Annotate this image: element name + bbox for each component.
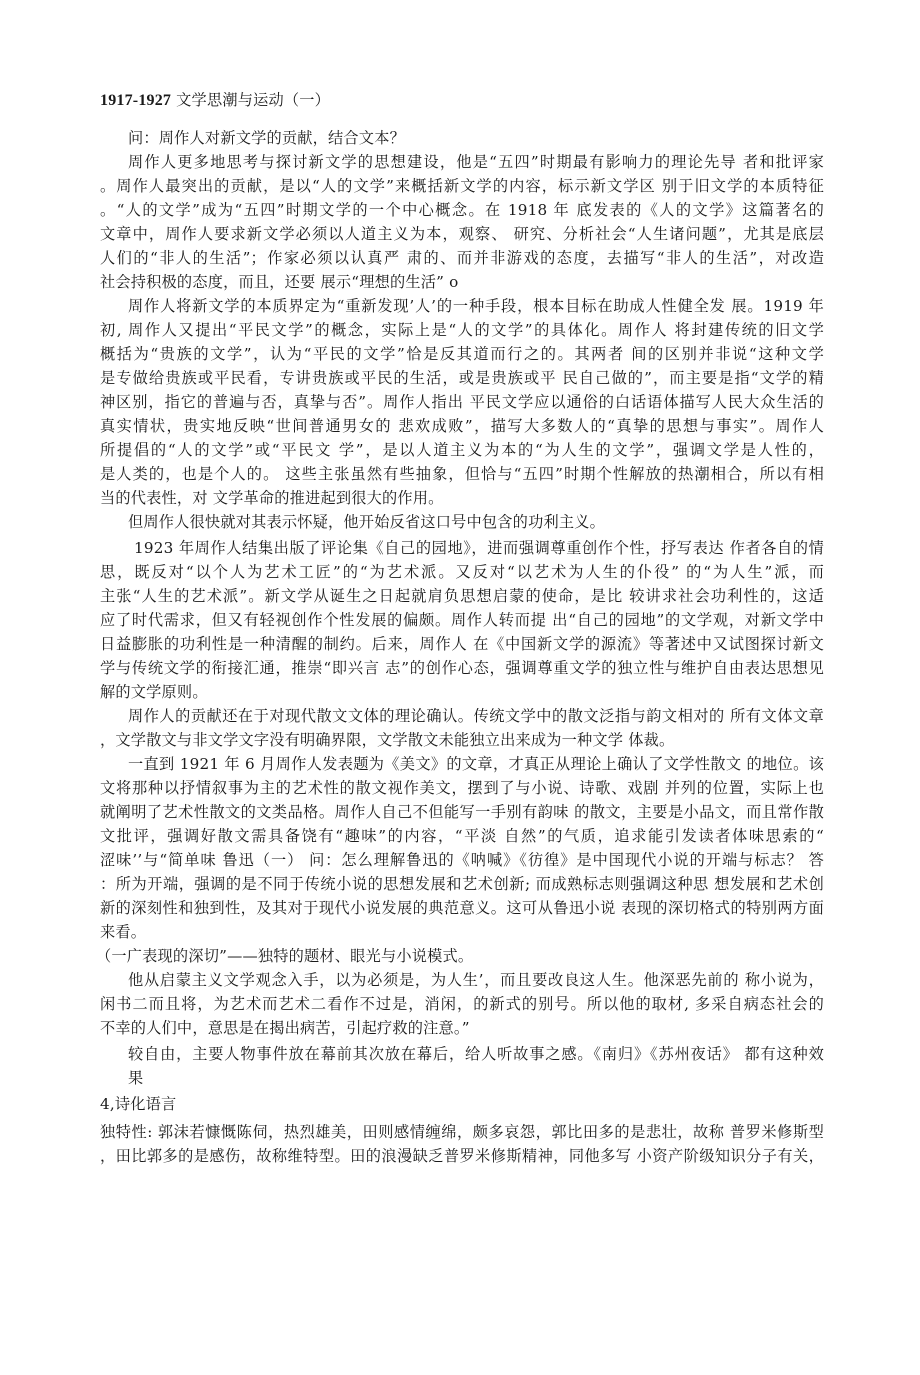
paragraph-line: 1923 年周作人结集出版了评论集《自己的园地》，进而强调尊重创作个性，抒写表达… [134,538,824,558]
paragraph-line: 问：周作人对新文学的贡献，结合文本？ [128,128,824,148]
paragraph-line: 人们的“非人的生活”；作家必须以认真严 肃的、而并非游戏的态度，去描写“非人的生… [100,248,824,268]
paragraph-line: 就阐明了艺术性散文的文类品格。周作人自己不但能写一手别有韵味 的散文，主要是小品… [100,802,824,822]
paragraph-line: 周作人将新文学的本质界定为“重新发现’人’的一种手段，根本目标在助成人性健全发 … [128,296,824,316]
paragraph-line: 是专做给贵族或平民看，专讲贵族或平民的生活，或是贵族或平 民自己做的”，而主要是… [100,368,824,388]
paragraph-line: （一广表现的深切”——独特的题材、眼光与小说模式。 [96,946,820,966]
paragraph-line: 不幸的人们中，意思是在揭出病苦，引起疗救的注意。” [100,1018,824,1038]
paragraph-line: 所提倡的“人的文学”或“平民文 学”，是以人道主义为本的“为人生的文学”，强调文… [100,440,824,460]
paragraph-line: 来看。 [100,922,824,942]
paragraph-line: 涩味’’与“简单味 鲁迅（一） 问：怎么理解鲁迅的《呐喊》《彷徨》是中国现代小说… [100,850,824,870]
paragraph-line: 应了时代需求，但又有轻视创作个性发展的偏颇。周作人转而提 出“自己的园地”的文学… [100,610,824,630]
paragraph-line: 一直到 1921 年 6 月周作人发表题为《美文》的文章，才真正从理论上确认了文… [128,754,824,774]
paragraph-line: 初, 周作人又提出“平民文学”的概念，实际上是“人的文学”的具体化。周作人 将封… [100,320,824,340]
paragraph-line: 独特性: 郭沫若慷慨陈伺，热烈雄美，田则感情缠绵，颇多哀怨，郭比田多的是悲壮，故… [100,1122,824,1142]
paragraph-line: ：所为开端，强调的是不同于传统小说的思想发展和艺术创新; 而成熟标志则强调这种思… [100,874,824,894]
paragraph-line: 文章中，周作人要求新文学必须以人道主义为本，观察、 研究、分析社会“人生诸问题”… [100,224,824,244]
paragraph-line: 神区别，指它的普遍与否，真挚与否”。周作人指出 平民文学应以通俗的白话语体描写人… [100,392,824,412]
paragraph-line: 周作人更多地思考与探讨新文学的思想建设，他是“五四”时期最有影响力的理论先导 者… [128,152,824,172]
paragraph-line: 真实情状，贵实地反映“世间普通男女的 悲欢成败”，描写大多数人的“真挚的思想与事… [100,416,824,436]
paragraph-line: 当的代表性，对 文学革命的推进起到很大的作用。 [100,488,824,508]
paragraph-line: ，田比郭多的是感伤，故称维特型。田的浪漫缺乏普罗米修斯精神，同他多写 小资产阶级… [100,1146,824,1166]
paragraph-line: 4,诗化语言 [100,1094,824,1114]
paragraph-line: 。周作人最突出的贡献，是以“人的文学”来概括新文学的内容，标示新文学区 别于旧文… [100,176,824,196]
paragraph-line: 文将那种以抒情叙事为主的艺术性的散文视作美文，摆到了与小说、诗歌、戏剧 并列的位… [100,778,824,798]
paragraph-line: 。“人的文学”成为“五四”时期文学的一个中心概念。在 1918 年 底发表的《人… [100,200,824,220]
paragraph-line: 解的文学原则。 [100,682,824,702]
paragraph-line: 文批评，强调好散文需具备饶有“趣味”的内容，“平淡 自然”的气质，追求能引发读者… [100,826,824,846]
title-year-range: 1917-1927 [100,92,171,109]
paragraph-line: 主张“人生的艺术派”。新文学从诞生之日起就肩负思想启蒙的使命，是比 较讲求社会功… [100,586,824,606]
document-page: 1917-1927 文学思潮与运动（一） 问：周作人对新文学的贡献，结合文本？周… [0,0,920,1375]
title-text: 文学思潮与运动（一） [171,91,330,109]
paragraph-line: ，文学散文与非文学文字没有明确界限，文学散文未能独立出来成为一种文学 体裁。 [100,730,824,750]
paragraph-line: 周作人的贡献还在于对现代散文文体的理论确认。传统文学中的散文泛指与韵文相对的 所… [128,706,824,726]
paragraph-line: 社会持积极的态度，而且，还要 展示“理想的生活” o [100,272,824,292]
paragraph-line: 概括为“贵族的文学”，认为“平民的文学”恰是反其道而行之的。其两者 间的区别并非… [100,344,824,364]
paragraph-line: 闲书二而且将，为艺术而艺术二看作不过是，消闲，的新式的别号。所以他的取材, 多采… [100,994,824,1014]
paragraph-line: 思，既反对“以个人为艺术工匠”的“为艺术派。又反对“以艺术为人生的仆役” 的“为… [100,562,824,582]
document-title: 1917-1927 文学思潮与运动（一） [100,90,824,111]
paragraph-line: 学与传统文学的衔接汇通，推崇“即兴言 志”的创作心态，强调尊重文学的独立性与维护… [100,658,824,678]
paragraph-line: 果 [128,1068,824,1088]
paragraph-line: 日益膨胀的功利性是一种清醒的制约。后来，周作人 在《中国新文学的源流》等著述中又… [100,634,824,654]
paragraph-line: 他从启蒙主义文学观念入手，以为必须是，为人生’，而且要改良这人生。他深恶先前的 … [128,970,824,990]
paragraph-line: 但周作人很快就对其表示怀疑，他开始反省这口号中包含的功利主义。 [128,512,824,532]
paragraph-line: 新的深刻性和独到性，及其对于现代小说发展的典范意义。这可从鲁迅小说 表现的深切格… [100,898,824,918]
paragraph-line: 是人类的，也是个人的。 这些主张虽然有些抽象，但恰与“五四”时期个性解放的热潮相… [100,464,824,484]
paragraph-line: 较自由，主要人物事件放在幕前其次放在幕后，给人听故事之感。《南归》《苏州夜话》 … [128,1044,824,1064]
